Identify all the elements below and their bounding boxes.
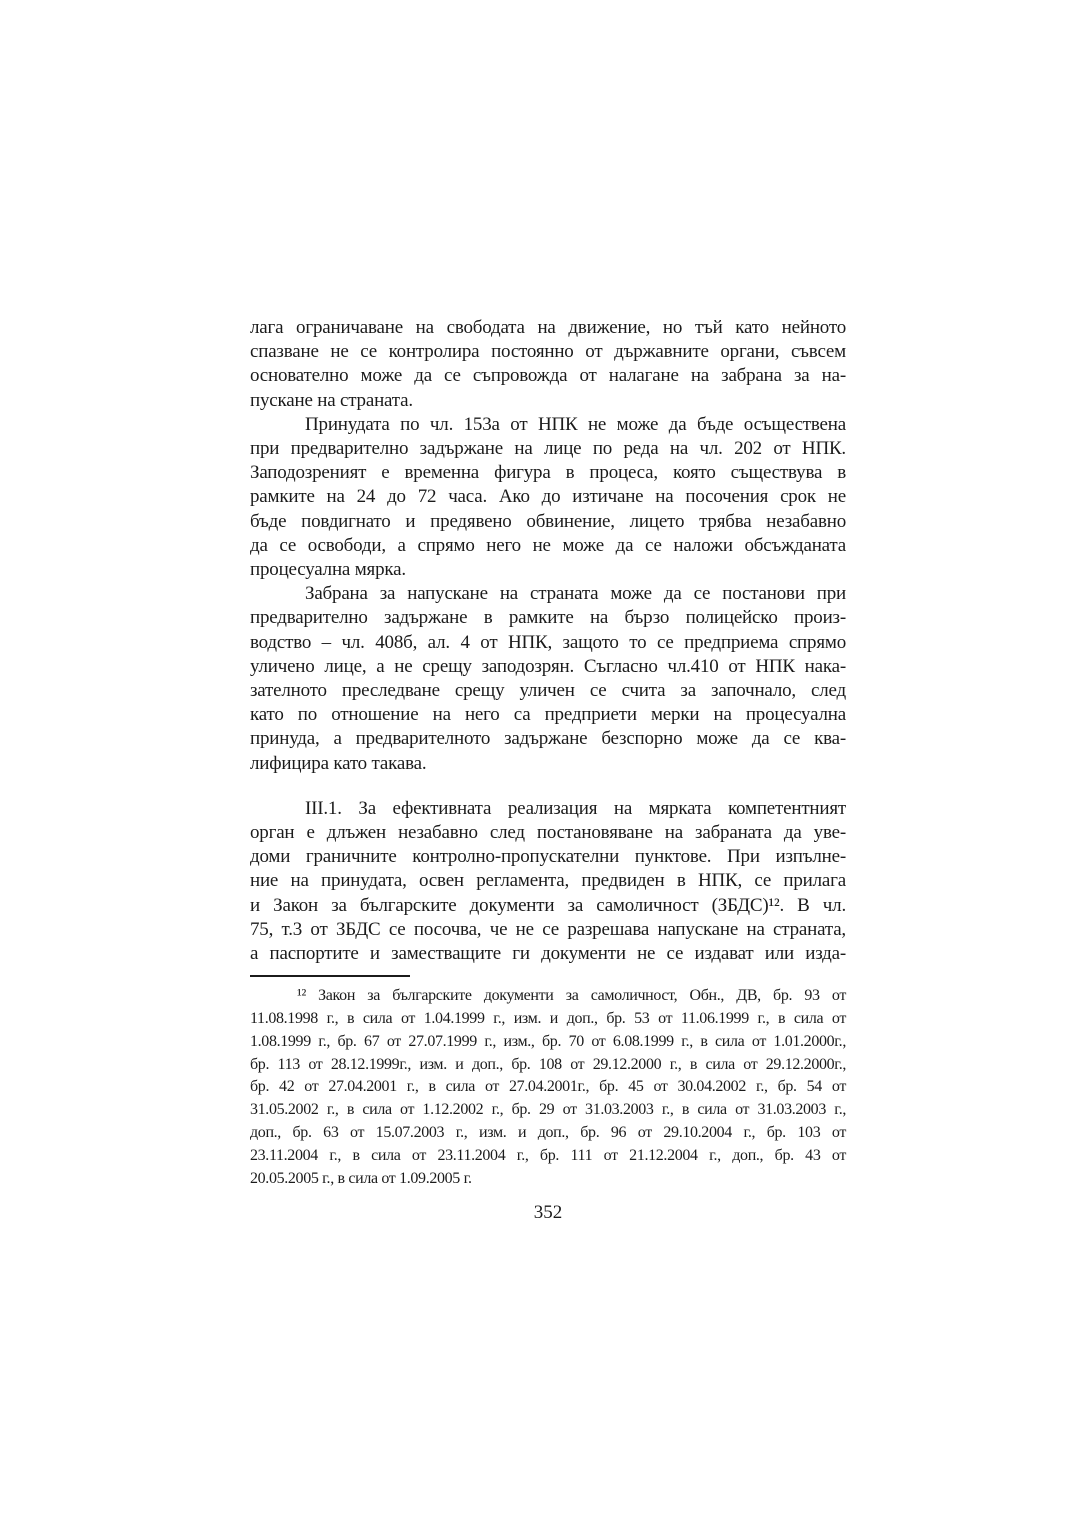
text-line: принуда, а предварителното задържане без…	[250, 727, 846, 751]
text-line: III.1. За ефективната реализация на мярк…	[250, 797, 846, 821]
text-line: 1.08.1999 г., бр. 67 от 27.07.1999 г., и…	[250, 1031, 846, 1054]
text-line: спазване не се контролира постоянно от д…	[250, 340, 846, 364]
paragraph: Принудата по чл. 153а от НПК не може да …	[250, 413, 846, 582]
text-line: бр. 113 от 28.12.1999г., изм. и доп., бр…	[250, 1054, 846, 1077]
paragraph: лага ограничаване на свободата на движен…	[250, 316, 846, 413]
footnote-separator-rule	[250, 975, 410, 977]
footnote: ¹² Закон за българските документи за сам…	[250, 985, 846, 1190]
text-line: 23.11.2004 г., в сила от 23.11.2004 г., …	[250, 1145, 846, 1168]
text-line: 75, т.3 от ЗБДС се посочва, че не се раз…	[250, 918, 846, 942]
text-line: Забрана за напускане на страната може да…	[250, 582, 846, 606]
text-line: а паспортите и заместващите ги документи…	[250, 942, 846, 966]
text-line: да се освободи, а спрямо него не може да…	[250, 534, 846, 558]
text-line: процесуална мярка.	[250, 558, 846, 582]
text-line: и Закон за българските документи за само…	[250, 894, 846, 918]
text-line: ние на принудата, освен регламента, пред…	[250, 869, 846, 893]
text-line: Заподозреният е временна фигура в процес…	[250, 461, 846, 485]
text-line: основателно може да се съпровожда от нал…	[250, 364, 846, 388]
text-line: 31.05.2002 г., в сила от 1.12.2002 г., б…	[250, 1099, 846, 1122]
text-line: бъде повдигнато и предявено обвинение, л…	[250, 510, 846, 534]
text-line: 20.05.2005 г., в сила от 1.09.2005 г.	[250, 1168, 846, 1191]
paragraph: Забрана за напускане на страната може да…	[250, 582, 846, 776]
text-line: орган е длъжен незабавно след постановяв…	[250, 821, 846, 845]
text-line: бр. 42 от 27.04.2001 г., в сила от 27.04…	[250, 1076, 846, 1099]
paragraph: III.1. За ефективната реализация на мярк…	[250, 797, 846, 966]
text-line: при предварително задържане на лице по р…	[250, 437, 846, 461]
page-number: 352	[250, 1202, 846, 1224]
text-line: лифицира като такава.	[250, 752, 846, 776]
text-line: водство – чл. 408б, ал. 4 от НПК, защото…	[250, 631, 846, 655]
text-line: предварително задържане в рамките на бър…	[250, 606, 846, 630]
text-line: 11.08.1998 г., в сила от 1.04.1999 г., и…	[250, 1008, 846, 1031]
text-line: Принудата по чл. 153а от НПК не може да …	[250, 413, 846, 437]
text-line: доми граничните контролно-пропускателни …	[250, 845, 846, 869]
text-line: доп., бр. 63 от 15.07.2003 г., изм. и до…	[250, 1122, 846, 1145]
text-line: ¹² Закон за българските документи за сам…	[250, 985, 846, 1008]
text-line: като по отношение на него са предприети …	[250, 703, 846, 727]
text-line: зателното преследване срещу уличен се сч…	[250, 679, 846, 703]
text-line: рамките на 24 до 72 часа. Ако до изтичан…	[250, 485, 846, 509]
text-line: уличено лице, а не срещу заподозрян. Съг…	[250, 655, 846, 679]
text-block: лага ограничаване на свободата на движен…	[250, 316, 846, 1224]
body-paragraphs: лага ограничаване на свободата на движен…	[250, 316, 846, 966]
text-line: лага ограничаване на свободата на движен…	[250, 316, 846, 340]
text-line: пускане на страната.	[250, 389, 846, 413]
